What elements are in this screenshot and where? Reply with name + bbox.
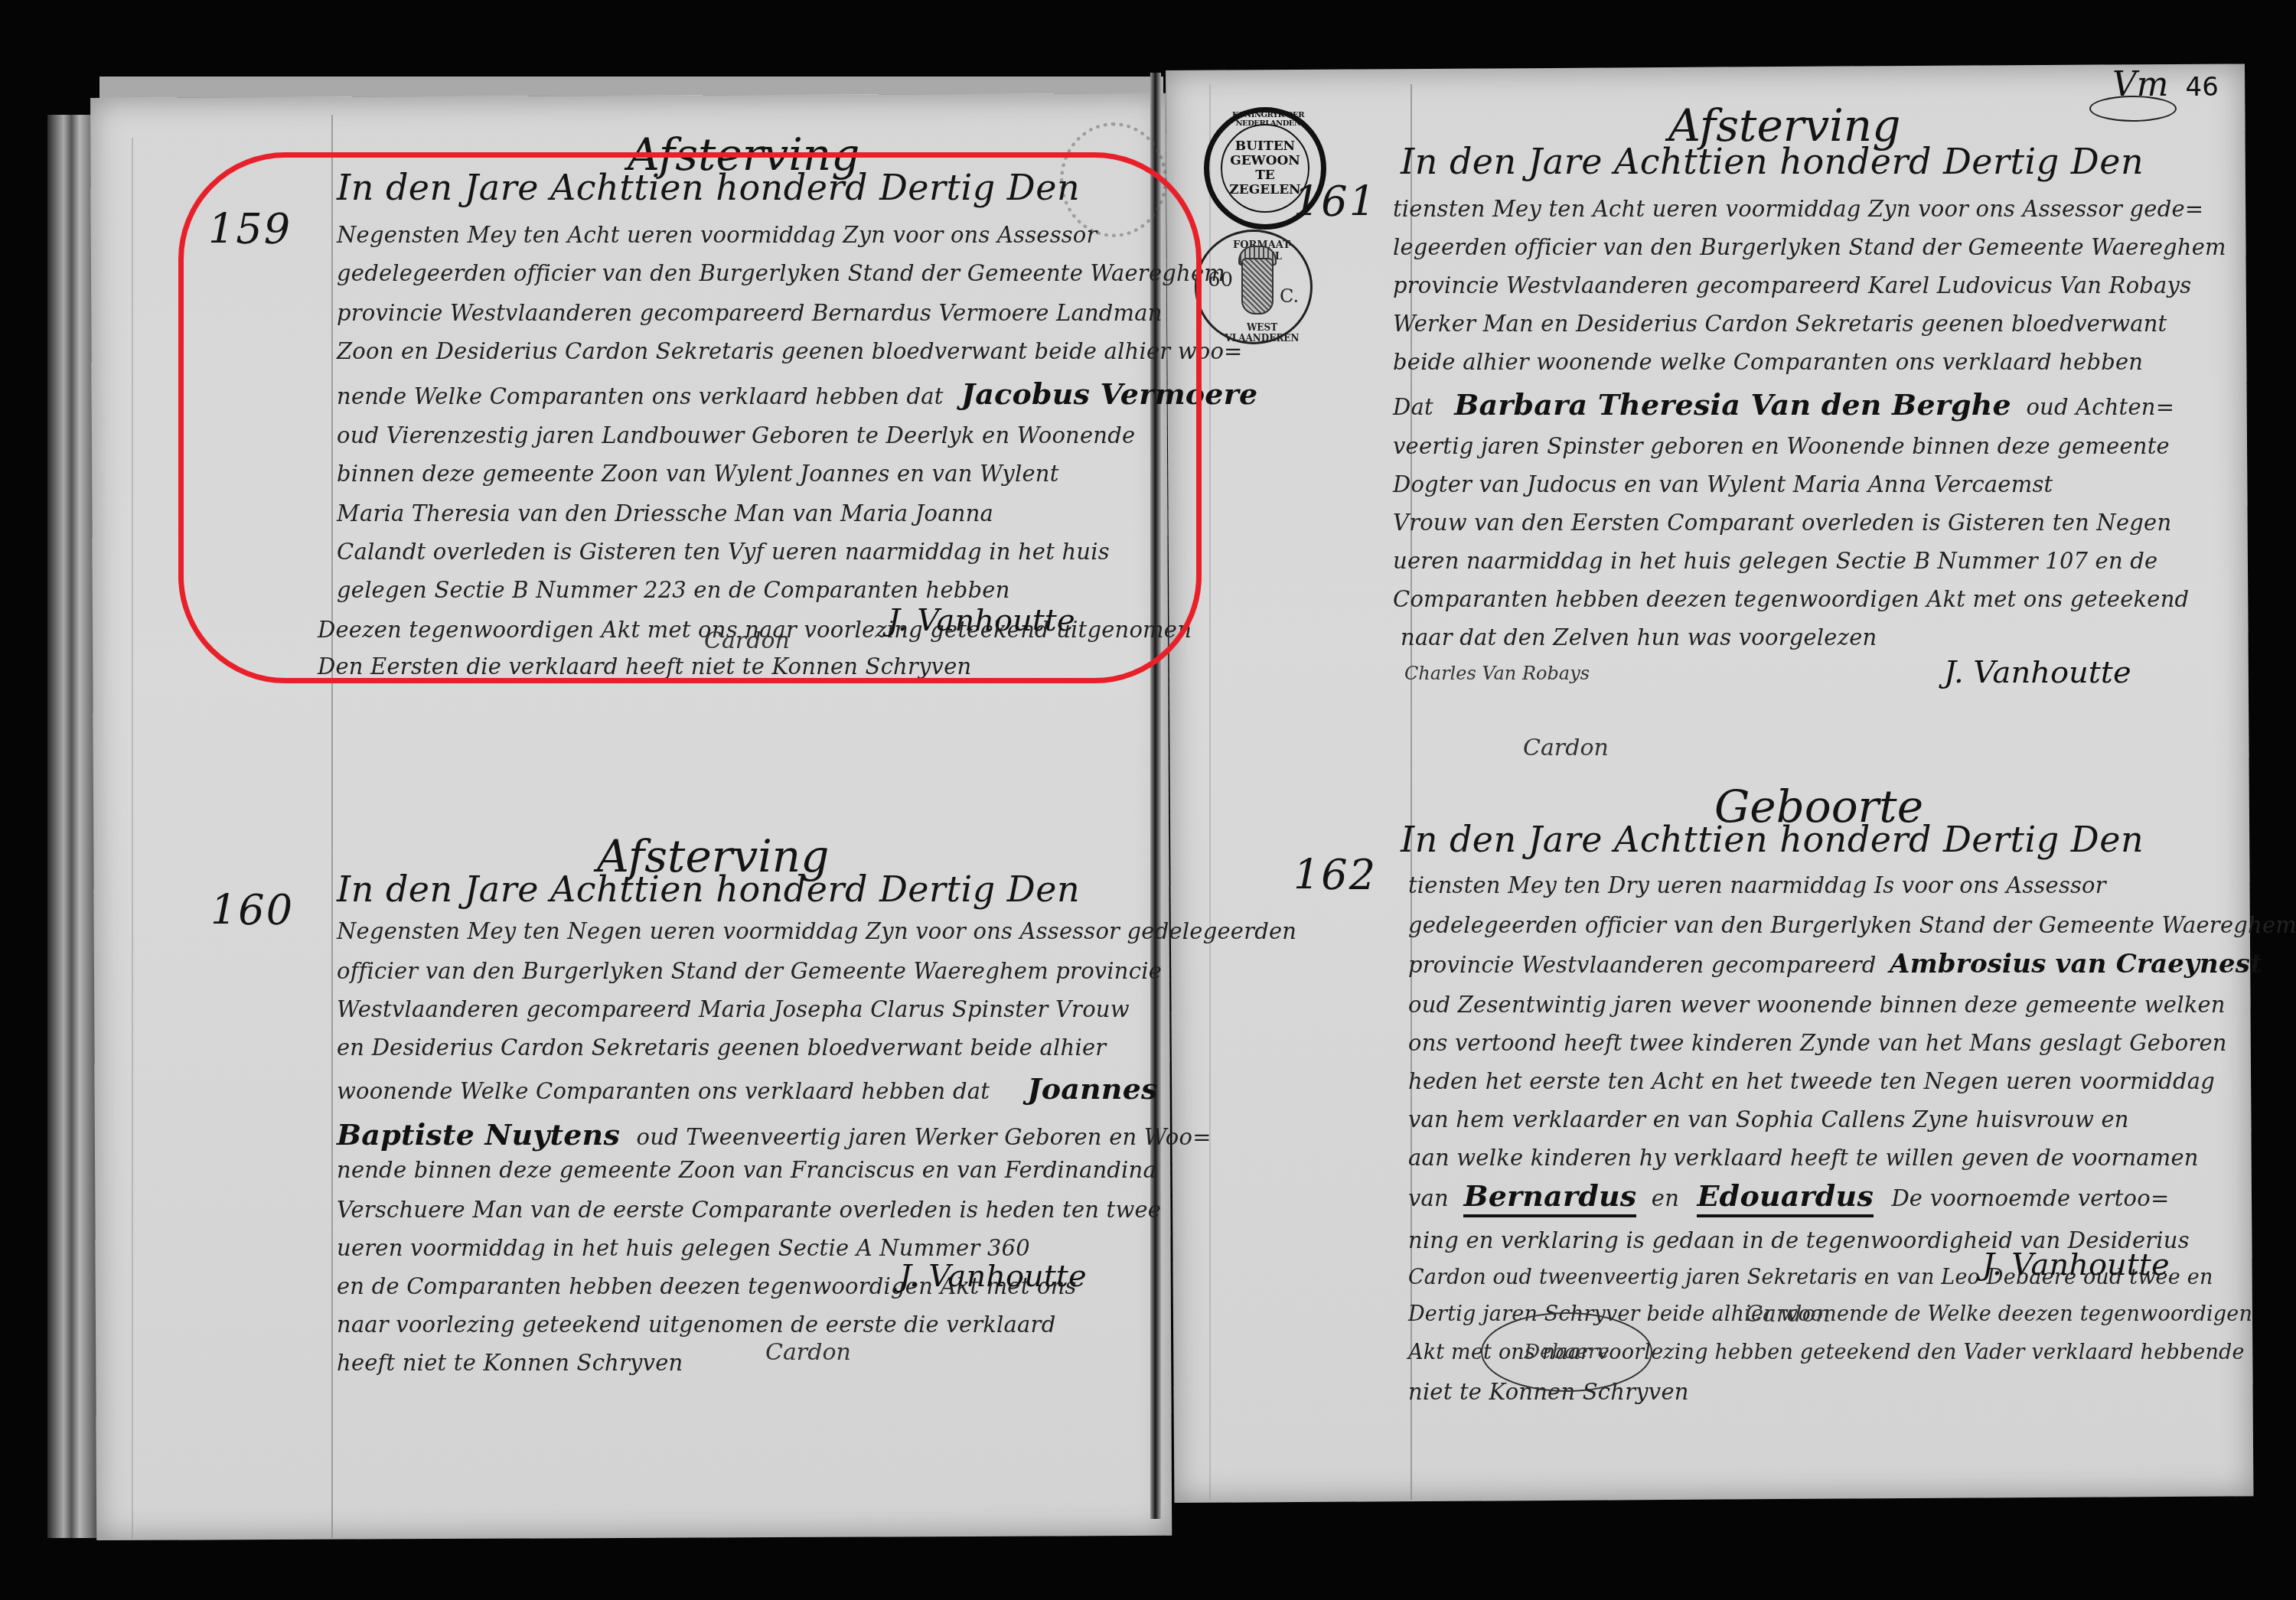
- entry-line: oud Zesentwintig jaren wever woonende bi…: [1408, 992, 2226, 1018]
- entry-line: Baptiste Nuytens oud Tweenveertig jaren …: [337, 1117, 1212, 1152]
- stamp-line: BUITEN: [1235, 139, 1295, 154]
- entry-line-text: provincie Westvlaanderen gecompareerd: [1408, 952, 1877, 978]
- child-name-1: Bernardus: [1463, 1178, 1636, 1217]
- entry-opening-line: In den Jare Achttien honderd Dertig Den: [337, 167, 1080, 208]
- entry-line: ons vertoond heeft twee kinderen Zynde v…: [1408, 1030, 2227, 1056]
- entry-line: ueren naarmiddag in het huis gelegen Sec…: [1393, 548, 2157, 574]
- entry-line: Verschuere Man van de eerste Comparante …: [337, 1197, 1161, 1223]
- deceased-name-rest: Baptiste Nuytens: [337, 1117, 620, 1152]
- signature-van-robays: Charles Van Robays: [1404, 663, 1590, 684]
- entry-line: gedelegeerden officier van den Burgerlyk…: [337, 260, 1225, 286]
- left-page-outer-rule: [132, 138, 133, 1538]
- child-name-2: Edouardus: [1697, 1178, 1874, 1217]
- entry-line: Werker Man en Desiderius Cardon Sekretar…: [1393, 311, 2167, 337]
- signature-vanhoutte: J. Vanhoutte: [888, 603, 1075, 638]
- signature-cardon: Cardon: [765, 1339, 851, 1366]
- entry-line-text: nende Welke Comparanten ons verklaard he…: [337, 383, 944, 409]
- signature-vanhoutte: J. Vanhoutte: [1944, 655, 2131, 690]
- deceased-name: Jacobus Vermoere: [961, 376, 1257, 411]
- signature-debaere: Debaere: [1524, 1341, 1609, 1364]
- entry-line: provincie Westvlaanderen gecompareerd Be…: [337, 300, 1163, 326]
- signature-cardon: Cardon: [1523, 735, 1609, 761]
- signature-debaere-oval: Debaere: [1481, 1312, 1652, 1392]
- stamp-line: ZEGELEN: [1229, 183, 1300, 197]
- entry-line: naar dat den Zelven hun was voorgelezen: [1401, 624, 1877, 650]
- father-name: Ambrosius van Craeynest: [1890, 949, 2262, 979]
- entry-line: naar voorlezing geteekend uitgenomen de …: [337, 1312, 1055, 1338]
- left-page-margin-rule: [331, 115, 333, 1538]
- entry-line: provincie Westvlaanderen gecompareerd Am…: [1408, 949, 2262, 979]
- entry-opening-line: In den Jare Achttien honderd Dertig Den: [1401, 141, 2144, 182]
- royal-stamp-ring-text: KONINGRYK DER NEDERLANDEN: [1215, 111, 1321, 128]
- entry-line-text: Dat: [1393, 394, 1433, 420]
- entry-number: 159: [208, 205, 292, 253]
- book-gutter: [1150, 73, 1161, 1519]
- entry-line: nende Welke Comparanten ons verklaard he…: [337, 376, 1257, 411]
- entry-line: Dogter van Judocus en van Wylent Maria A…: [1393, 471, 2053, 497]
- entry-line: en Desiderius Cardon Sekretaris geenen b…: [337, 1035, 1106, 1061]
- entry-line: ueren voormiddag in het huis gelegen Sec…: [337, 1235, 1030, 1261]
- entry-line: woonende Welke Comparanten ons verklaard…: [337, 1071, 1158, 1106]
- entry-line: officier van den Burgerlyken Stand der G…: [337, 958, 1162, 984]
- format-seal-stamp: FORMAAT-ZEGEL 60 C. WEST VLAANDEREN: [1195, 230, 1313, 344]
- entry-line-text: oud Achten=: [2026, 394, 2174, 420]
- entry-line: gelegen Sectie B Nummer 223 en de Compar…: [337, 577, 1010, 603]
- entry-line-text: en: [1652, 1185, 1679, 1211]
- entry-line: tiensten Mey ten Dry ueren naarmiddag Is…: [1408, 872, 2106, 898]
- deceased-name-first: Joannes: [1027, 1071, 1157, 1106]
- entry-line: Negensten Mey ten Negen ueren voormiddag…: [337, 918, 1296, 944]
- coat-of-arms-icon: [1241, 258, 1274, 314]
- entry-line: Den Eersten die verklaard heeft niet te …: [318, 653, 971, 679]
- entry-line: binnen deze gemeente Zoon van Wylent Joa…: [337, 461, 1059, 487]
- entry-line: oud Vierenzestig jaren Landbouwer Gebore…: [337, 422, 1135, 448]
- entry-line: veertig jaren Spinster geboren en Woonen…: [1393, 433, 2170, 459]
- entry-number: 162: [1293, 851, 1377, 899]
- entry-opening-line: In den Jare Achttien honderd Dertig Den: [337, 868, 1080, 910]
- entry-line-text: oud Tweenveertig jaren Werker Geboren en…: [636, 1124, 1211, 1150]
- entry-line: Vrouw van den Eersten Comparant overlede…: [1393, 510, 2171, 536]
- entry-number: 161: [1293, 178, 1377, 226]
- entry-line: legeerden officier van den Burgerlyken S…: [1393, 234, 2226, 260]
- entry-line: Dat Barbara Theresia Van den Berghe oud …: [1393, 387, 2174, 422]
- entry-line: provincie Westvlaanderen gecompareerd Ka…: [1393, 272, 2191, 298]
- signature-cardon: Cardon: [1745, 1301, 1831, 1328]
- entry-line: van hem verklaarder en van Sophia Callen…: [1408, 1106, 2129, 1132]
- entry-line: nende binnen deze gemeente Zoon van Fran…: [337, 1157, 1156, 1183]
- signature-vanhoutte: J. Vanhoutte: [1982, 1247, 2170, 1282]
- signature-cardon: Cardon: [704, 627, 790, 654]
- entry-line: Comparanten hebben deezen tegenwoordigen…: [1393, 586, 2189, 612]
- format-stamp-unit: C.: [1280, 285, 1299, 307]
- stamp-line: TE: [1255, 168, 1275, 183]
- stamp-line: GEWOON: [1230, 154, 1300, 168]
- entry-line-text: woonende Welke Comparanten ons verklaard…: [337, 1078, 990, 1104]
- entry-line-text: De voornoemde vertoo=: [1891, 1185, 2169, 1211]
- entry-line: heden het eerste ten Acht en het tweede …: [1408, 1068, 2215, 1094]
- entry-line: gedelegeerden officier van den Burgerlyk…: [1408, 912, 2296, 938]
- entry-line: beide alhier woonende welke Comparanten …: [1393, 349, 2143, 375]
- entry-line: van Bernardus en Edouardus De voornoemde…: [1408, 1178, 2169, 1213]
- entry-number: 160: [210, 886, 294, 934]
- folio-paraph-flourish: [2089, 96, 2177, 122]
- entry-line: Zoon en Desiderius Cardon Sekretaris gee…: [337, 338, 1243, 364]
- entry-line: heeft niet te Konnen Schryven: [337, 1350, 683, 1376]
- entry-line: tiensten Mey ten Acht ueren voormiddag Z…: [1393, 196, 2203, 222]
- folio-page-number: 46: [2186, 72, 2219, 103]
- deceased-name: Barbara Theresia Van den Berghe: [1454, 387, 2011, 422]
- entry-line: aan welke kinderen hy verklaard heeft te…: [1408, 1145, 2199, 1171]
- entry-line: Negensten Mey ten Acht ueren voormiddag …: [337, 222, 1097, 248]
- entry-line: Maria Theresia van den Driessche Man van…: [337, 500, 993, 526]
- entry-line: Calandt overleden is Gisteren ten Vyf ue…: [337, 539, 1110, 565]
- signature-vanhoutte: J. Vanhoutte: [899, 1259, 1087, 1294]
- entry-line-text: van: [1408, 1185, 1449, 1211]
- entry-line: Westvlaanderen gecompareerd Maria Joseph…: [337, 996, 1130, 1022]
- entry-opening-line: In den Jare Achttien honderd Dertig Den: [1401, 819, 2144, 860]
